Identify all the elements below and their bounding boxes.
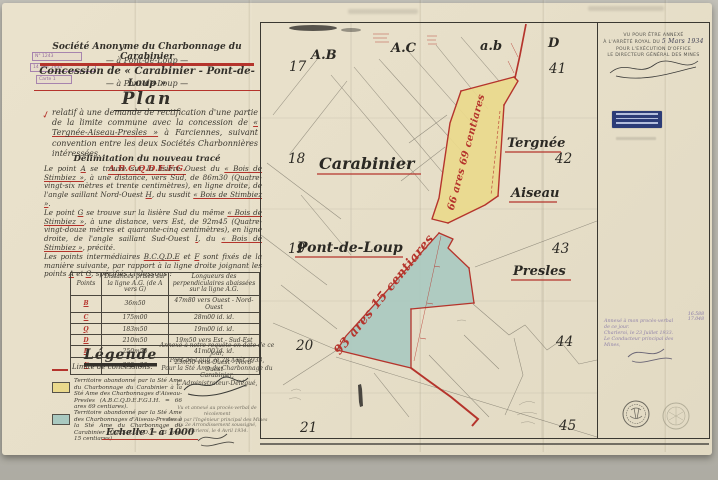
sheet-number: 20 (295, 338, 314, 354)
col-points: Points (71, 273, 102, 296)
approval-line: Vu et annexé au procès-verbal de récolem… (166, 406, 268, 418)
conductor-signature (624, 343, 676, 367)
map-panel: A.B A.C a.b D 17 18 19 20 21 41 42 43 44… (260, 22, 598, 439)
royal-line: À L'ARRÊTÉ ROYAL DU 5 Mars 1934 (602, 39, 705, 46)
administrator-signature (180, 373, 252, 399)
registration-number: 17.048 (688, 317, 704, 322)
ink-smudge (341, 28, 361, 32)
royal-annotation: VU POUR ÊTRE ANNEXÉ À L'ARRÊTÉ ROYAL DU … (602, 33, 705, 60)
table-row: B36m5047m80 vers Ouest - Nord-Ouest (71, 295, 260, 312)
sheet-number: 18 (288, 151, 306, 167)
pencil-scribbles (289, 320, 537, 424)
map-labels: A.B A.C a.b D 17 18 19 20 21 41 42 43 44… (288, 36, 576, 436)
sheet-number: 17 (289, 59, 307, 75)
table-row: C175m0028m00 id. id. (71, 312, 260, 323)
legend-swatch-yellow (52, 382, 70, 393)
place-label-tergnee: Tergnée (507, 136, 565, 151)
place-label-presles: Presles (512, 264, 566, 279)
sheet-number: 41 (548, 61, 566, 77)
section-letter: A.C (389, 41, 417, 56)
official-seals (606, 395, 702, 437)
col-perpendiculars: Longueurs des perpendiculaires abaissées… (169, 273, 260, 296)
right-margin-panel: VU POUR ÊTRE ANNEXÉ À L'ARRÊTÉ ROYAL DU … (597, 22, 710, 439)
company-location: — à Pont-de-Loup — (40, 56, 254, 65)
frame-double-line (260, 443, 709, 445)
left-text-panel: N° 1243 14 SEP. 1934 Carte 1 Société Ano… (30, 18, 264, 450)
scanned-plan-page: N° 1243 14 SEP. 1934 Carte 1 Société Ano… (0, 0, 718, 480)
section-letter: D (547, 36, 560, 51)
table-header-row: Points Distances prises sur la ligne A.G… (71, 273, 260, 296)
intro-paragraph: relatif à une demande de rectification d… (52, 108, 258, 159)
ink-smudge (289, 25, 337, 31)
faint-margin-note (588, 6, 664, 11)
section-letter: a.b (480, 39, 502, 54)
sheet-number: 42 (554, 151, 572, 167)
annex-line: Annexé à notre requête en date de ce jou… (158, 342, 276, 357)
director-signature (606, 57, 702, 81)
sheet-number: 21 (299, 420, 317, 436)
registration-numbers: 16.588 17.048 (688, 312, 704, 323)
red-check-mark: ✓ (41, 109, 52, 122)
legend-item-limit: Limite de concessions. (72, 364, 152, 371)
point-g-paragraph: Le point G se trouve sur la lisière Sud … (44, 209, 262, 253)
grid-lines (261, 23, 597, 438)
place-label-aiseau: Aiseau (509, 186, 560, 201)
ink-mark (358, 384, 363, 407)
sheet-number: 43 (551, 241, 569, 257)
faint-stamp-trace (616, 137, 656, 140)
table-row: Q183m5019m00 id. id. (71, 323, 260, 334)
sheet-number: 45 (558, 418, 576, 434)
col-distances: Distances prises sur la ligne A.G. (de A… (102, 273, 169, 296)
concession-location: — à Pont-de-Loup — (40, 79, 254, 88)
cadastral-map: A.B A.C a.b D 17 18 19 20 21 41 42 43 44… (261, 23, 597, 438)
section-letter: A.B (309, 48, 337, 63)
point-a-paragraph: Le point A se trouve sur la lisière Oues… (44, 165, 262, 209)
mines-administration-stamp (612, 111, 662, 128)
legend-swatch-blue (52, 414, 70, 425)
embossed-seal-right (663, 403, 689, 429)
place-label-carabinier: Carabinier (319, 154, 416, 173)
place-label-pontdeloup: Pont-de-Loup (296, 240, 403, 256)
embossed-seal-left (623, 401, 649, 427)
annex-line: Pont-de-Loup, le 28 Août 1933, (158, 357, 276, 365)
sheet-number: 44 (555, 334, 573, 350)
registration-line: Annexé à mon procès-verbal de ce jour. (604, 319, 680, 331)
legend-title: Légende (84, 347, 157, 364)
engineer-signature (195, 429, 237, 449)
royal-date: 5 Mars 1934 (662, 38, 704, 45)
faint-margin-note (348, 9, 418, 14)
legend-swatch-limit (52, 369, 68, 371)
